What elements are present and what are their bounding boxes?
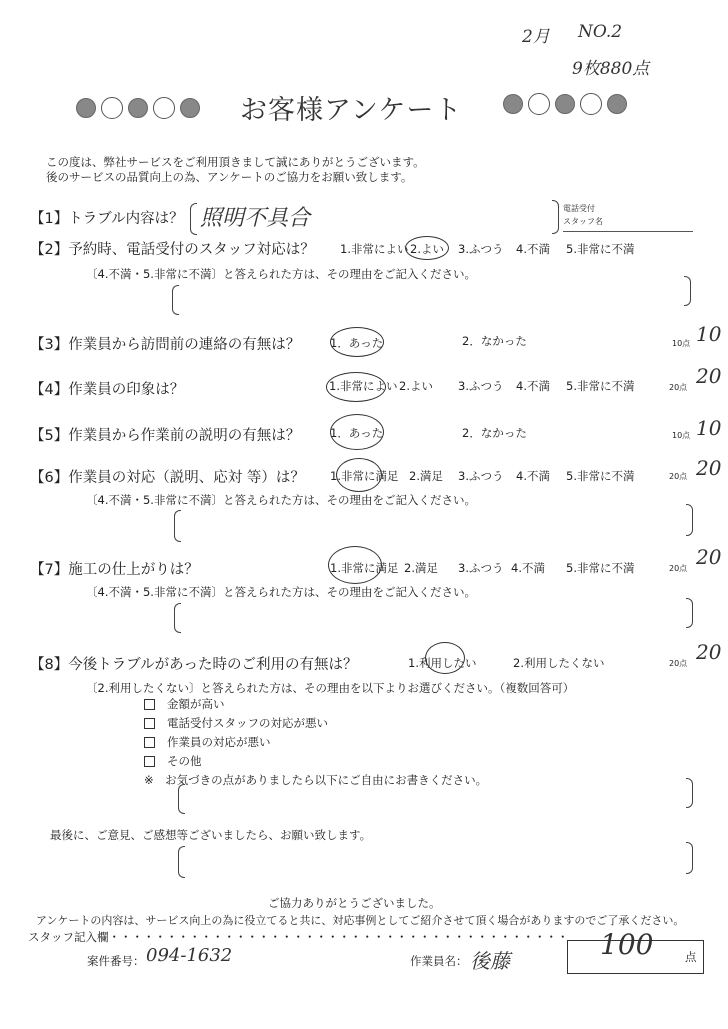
intro-line-1: この度は、弊社サービスをご利用頂きまして誠にありがとうございます。 bbox=[46, 154, 425, 170]
q5-score[interactable]: 10 bbox=[696, 416, 721, 440]
points-suffix: 点 bbox=[685, 949, 697, 965]
q5-option-2[interactable]: 2．なかった bbox=[462, 425, 527, 441]
case-number-value[interactable]: 094-1632 bbox=[146, 945, 232, 966]
q6-reason-bracket-right[interactable] bbox=[686, 504, 693, 536]
q4-option-4[interactable]: 4.不満 bbox=[516, 378, 550, 394]
checkbox-item-worker[interactable]: 作業員の対応が悪い bbox=[144, 733, 487, 752]
q4-option-3[interactable]: 3.ふつう bbox=[458, 378, 503, 394]
open-circle-icon bbox=[528, 93, 550, 115]
closing-bracket-right[interactable] bbox=[686, 842, 693, 874]
q4-option-2[interactable]: 2.よい bbox=[399, 378, 433, 394]
closing-bracket-left[interactable] bbox=[178, 846, 185, 878]
q8-reason-prompt: 〔2.利用したくない〕と答えられた方は、その理由を以下よりお選びください。（複数… bbox=[86, 680, 574, 696]
open-circle-icon bbox=[580, 93, 602, 115]
q2-reason-bracket-right[interactable] bbox=[684, 276, 691, 306]
q5-points-label: 10点 bbox=[672, 430, 690, 441]
q4-points-label: 20点 bbox=[669, 382, 687, 393]
filled-circle-icon bbox=[128, 98, 148, 118]
q3-points-label: 10点 bbox=[672, 338, 690, 349]
q8-points-label: 20点 bbox=[669, 658, 687, 669]
q4-label: 【4】作業員の印象は？ bbox=[30, 378, 184, 399]
q6-points-label: 20点 bbox=[669, 471, 687, 482]
checkbox-item-phone-staff[interactable]: 電話受付スタッフの対応が悪い bbox=[144, 714, 487, 733]
handwritten-month: 2月 bbox=[522, 22, 550, 47]
q1-bracket-right bbox=[552, 200, 559, 234]
q8-checkbox-list: 金額が高い 電話受付スタッフの対応が悪い 作業員の対応が悪い その他 ※ お気づ… bbox=[144, 695, 487, 790]
q2-option-1[interactable]: 1.非常によい bbox=[340, 241, 408, 257]
q8-option-2[interactable]: 2.利用したくない bbox=[513, 655, 604, 671]
checkbox-label: 作業員の対応が悪い bbox=[167, 735, 271, 749]
q8-score[interactable]: 20 bbox=[696, 640, 721, 664]
checkbox-label: その他 bbox=[167, 754, 202, 768]
selection-circle bbox=[425, 642, 465, 674]
checkbox[interactable] bbox=[144, 699, 155, 710]
q4-score[interactable]: 20 bbox=[696, 364, 721, 388]
q2-option-5[interactable]: 5.非常に不満 bbox=[566, 241, 634, 257]
case-number-label: 案件番号： bbox=[87, 953, 145, 969]
staff-label-1: 電話受付 bbox=[563, 203, 595, 215]
q7-score[interactable]: 20 bbox=[696, 545, 721, 569]
q7-reason-prompt: 〔4.不満・5.非常に不満〕と答えられた方は、その理由をご記入ください。 bbox=[86, 584, 476, 600]
checkbox-label: 電話受付スタッフの対応が悪い bbox=[167, 716, 328, 730]
q7-option-5[interactable]: 5.非常に不満 bbox=[566, 560, 634, 576]
selection-circle bbox=[405, 236, 449, 260]
q7-reason-bracket-left[interactable] bbox=[174, 603, 181, 633]
open-circle-icon bbox=[101, 97, 123, 119]
q7-points-label: 20点 bbox=[669, 563, 687, 574]
q7-reason-bracket-right[interactable] bbox=[686, 598, 693, 628]
q3-score[interactable]: 10 bbox=[696, 322, 721, 346]
disclaimer-text: アンケートの内容は、サービス向上の為に役立てると共に、対応事例としてご紹介させて… bbox=[36, 912, 684, 928]
q7-option-4[interactable]: 4.不満 bbox=[511, 560, 545, 576]
q6-option-3[interactable]: 3.ふつう bbox=[458, 468, 503, 484]
total-score-value[interactable]: 100 bbox=[600, 928, 653, 961]
checkbox[interactable] bbox=[144, 737, 155, 748]
filled-circle-icon bbox=[503, 94, 523, 114]
checkbox-label: 金額が高い bbox=[167, 697, 225, 711]
q1-bracket-left bbox=[190, 203, 197, 235]
worker-name-value[interactable]: 後藤 bbox=[470, 945, 510, 974]
q8-label: 【8】今後トラブルがあった時のご利用の有無は？ bbox=[30, 653, 358, 674]
q6-option-5[interactable]: 5.非常に不満 bbox=[566, 468, 634, 484]
q4-option-5[interactable]: 5.非常に不満 bbox=[566, 378, 634, 394]
selection-circle bbox=[336, 458, 382, 492]
selection-circle bbox=[330, 327, 384, 357]
decorative-dots-left bbox=[76, 97, 200, 119]
handwritten-total-note: 9枚880点 bbox=[572, 54, 649, 79]
q6-label: 【6】作業員の対応（説明、応対 等）は？ bbox=[30, 466, 305, 487]
q6-reason-bracket-left[interactable] bbox=[174, 510, 181, 542]
worker-name-label: 作業員名： bbox=[410, 953, 468, 969]
filled-circle-icon bbox=[76, 98, 96, 118]
q7-label: 【7】施工の仕上がりは？ bbox=[30, 558, 199, 579]
q6-score[interactable]: 20 bbox=[696, 456, 721, 480]
q7-option-3[interactable]: 3.ふつう bbox=[458, 560, 503, 576]
filled-circle-icon bbox=[555, 94, 575, 114]
q2-label: 【2】予約時、電話受付のスタッフ対応は？ bbox=[30, 238, 315, 259]
selection-circle bbox=[326, 372, 386, 402]
handwritten-number: NO.2 bbox=[578, 22, 622, 42]
checkbox-item-other[interactable]: その他 bbox=[144, 752, 487, 771]
filled-circle-icon bbox=[607, 94, 627, 114]
q2-option-3[interactable]: 3.ふつう bbox=[458, 241, 503, 257]
q6-option-2[interactable]: 2.満足 bbox=[409, 468, 443, 484]
filled-circle-icon bbox=[180, 98, 200, 118]
staff-name-line[interactable] bbox=[563, 231, 693, 232]
q1-label: 【1】トラブル内容は？ bbox=[30, 207, 184, 228]
q2-option-4[interactable]: 4.不満 bbox=[516, 241, 550, 257]
q3-label: 【3】作業員から訪問前の連絡の有無は？ bbox=[30, 333, 300, 354]
q7-option-2[interactable]: 2.満足 bbox=[404, 560, 438, 576]
selection-circle bbox=[328, 546, 382, 584]
q2-reason-bracket-left[interactable] bbox=[172, 285, 179, 315]
q8-comment-bracket-right[interactable] bbox=[686, 778, 693, 808]
checkbox[interactable] bbox=[144, 718, 155, 729]
staff-label-2: スタッフ名 bbox=[563, 216, 603, 228]
thanks-text: ご協力ありがとうございました。 bbox=[268, 895, 441, 911]
staff-section-label: スタッフ記入欄・・・・・・・・・・・・・・・・・・・・・・・・・・・・・・・・・… bbox=[28, 929, 598, 945]
q5-label: 【5】作業員から作業前の説明の有無は？ bbox=[30, 424, 300, 445]
q3-option-2[interactable]: 2．なかった bbox=[462, 333, 527, 349]
checkbox[interactable] bbox=[144, 756, 155, 767]
checkbox-item-price[interactable]: 金額が高い bbox=[144, 695, 487, 714]
page-title: お客様アンケート bbox=[240, 88, 462, 127]
q1-answer[interactable]: 照明不具合 bbox=[200, 201, 310, 232]
open-circle-icon bbox=[153, 97, 175, 119]
q2-reason-prompt: 〔4.不満・5.非常に不満〕と答えられた方は、その理由をご記入ください。 bbox=[86, 266, 476, 282]
closing-prompt: 最後に、ご意見、ご感想等ございましたら、お願い致します。 bbox=[50, 827, 371, 843]
intro-line-2: 後のサービスの品質向上の為、アンケートのご協力をお願い致します。 bbox=[46, 169, 412, 185]
decorative-dots-right bbox=[503, 93, 627, 115]
q8-note: ※ お気づきの点がありましたら以下にご自由にお書きください。 bbox=[144, 771, 487, 790]
q6-option-4[interactable]: 4.不満 bbox=[516, 468, 550, 484]
selection-circle bbox=[330, 414, 384, 450]
q6-reason-prompt: 〔4.不満・5.非常に不満〕と答えられた方は、その理由をご記入ください。 bbox=[86, 492, 476, 508]
q8-comment-bracket-left[interactable] bbox=[178, 784, 185, 814]
